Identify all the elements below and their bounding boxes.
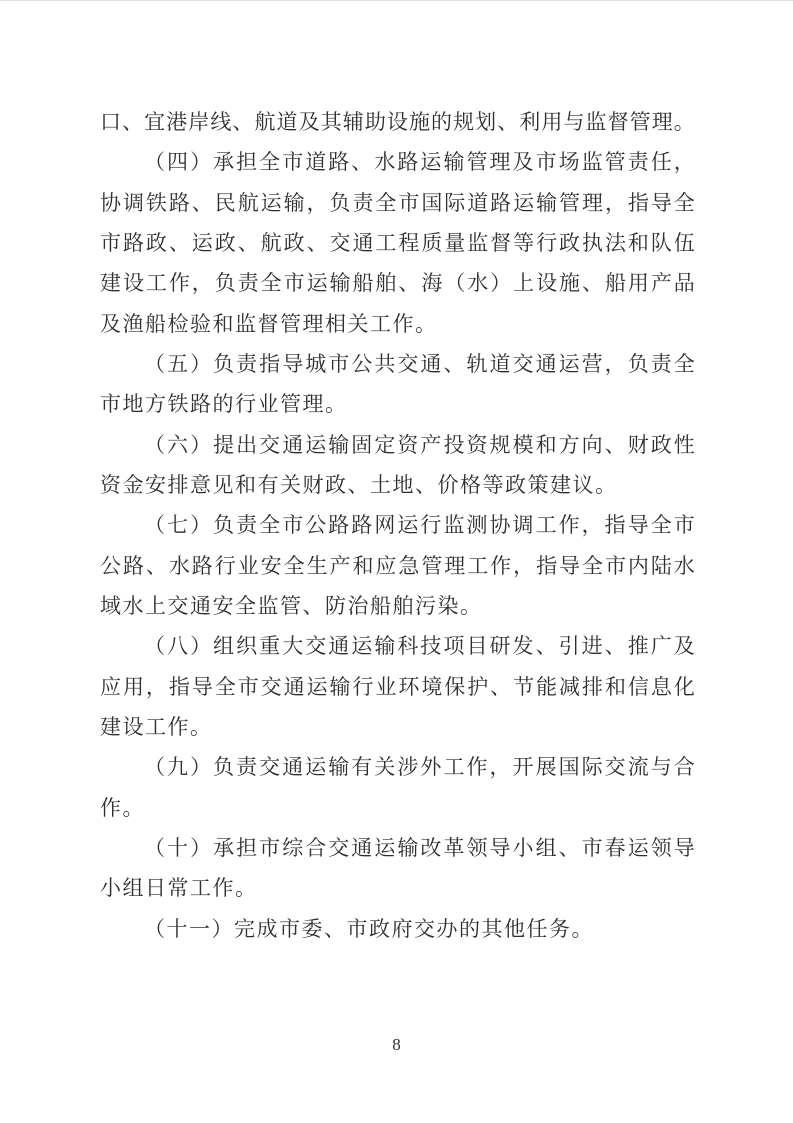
document-line: 口、宜港岸线、航道及其辅助设施的规划、利用与监督管理。 bbox=[100, 102, 695, 142]
document-line: 建设工作。 bbox=[100, 707, 695, 747]
document-line: 市路政、运政、航政、交通工程质量监督等行政执法和队伍 bbox=[100, 223, 695, 263]
document-line: （六）提出交通运输固定资产投资规模和方向、财政性 bbox=[100, 425, 695, 465]
document-line: 资金安排意见和有关财政、土地、价格等政策建议。 bbox=[100, 465, 695, 505]
document-line: （七）负责全市公路路网运行监测协调工作，指导全市 bbox=[100, 505, 695, 545]
document-line: 协调铁路、民航运输，负责全市国际道路运输管理，指导全 bbox=[100, 183, 695, 223]
document-line: 公路、水路行业安全生产和应急管理工作，指导全市内陆水 bbox=[100, 546, 695, 586]
document-line: 作。 bbox=[100, 788, 695, 828]
document-line: （九）负责交通运输有关涉外工作，开展国际交流与合 bbox=[100, 747, 695, 787]
document-line: 建设工作，负责全市运输船舶、海（水）上设施、船用产品 bbox=[100, 263, 695, 303]
document-line: 域水上交通安全监管、防治船舶污染。 bbox=[100, 586, 695, 626]
document-line: 市地方铁路的行业管理。 bbox=[100, 384, 695, 424]
document-line: （四）承担全市道路、水路运输管理及市场监管责任， bbox=[100, 142, 695, 182]
document-body: 口、宜港岸线、航道及其辅助设施的规划、利用与监督管理。 （四）承担全市道路、水路… bbox=[100, 102, 695, 949]
document-line: （十一）完成市委、市政府交办的其他任务。 bbox=[100, 909, 695, 949]
page-number: 8 bbox=[0, 1035, 793, 1055]
document-line: 应用，指导全市交通运输行业环境保护、节能减排和信息化 bbox=[100, 667, 695, 707]
document-line: （十）承担市综合交通运输改革领导小组、市春运领导 bbox=[100, 828, 695, 868]
document-line: 小组日常工作。 bbox=[100, 868, 695, 908]
document-page: 口、宜港岸线、航道及其辅助设施的规划、利用与监督管理。 （四）承担全市道路、水路… bbox=[0, 0, 793, 1123]
document-line: 及渔船检验和监督管理相关工作。 bbox=[100, 304, 695, 344]
document-line: （八）组织重大交通运输科技项目研发、引进、推广及 bbox=[100, 626, 695, 666]
document-line: （五）负责指导城市公共交通、轨道交通运营，负责全 bbox=[100, 344, 695, 384]
